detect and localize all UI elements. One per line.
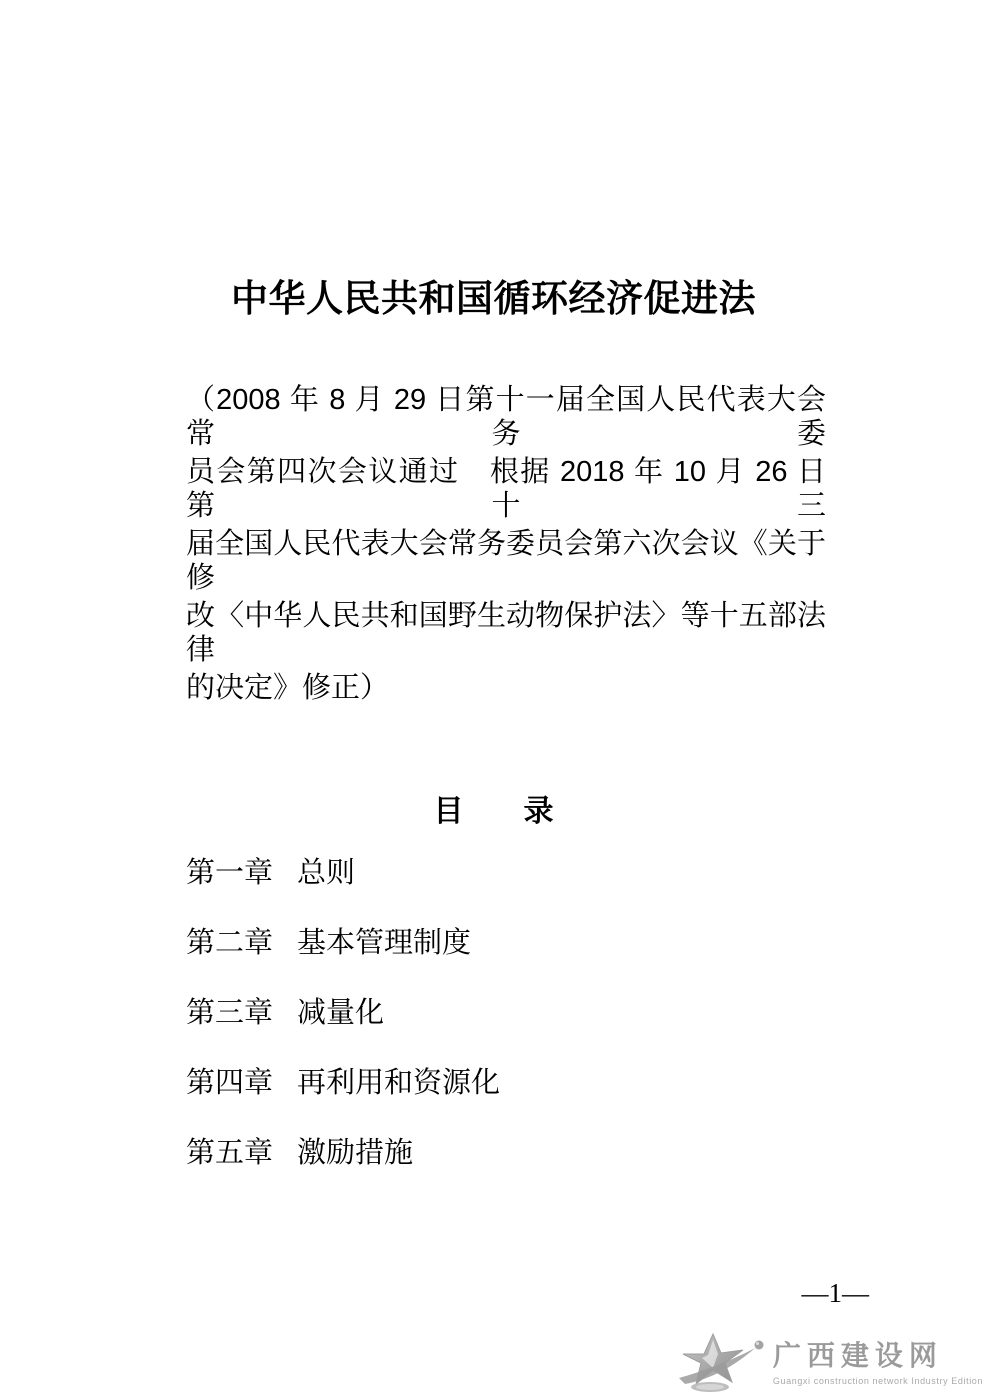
preamble-line: 改〈中华人民共和国野生动物保护法〉等十五部法律 (186, 599, 826, 671)
preamble-line: （2008 年 8 月 29 日第十一届全国人民代表大会常务委 (186, 383, 826, 455)
chapter-title: 基本管理制度 (297, 926, 471, 960)
preamble-line: 的决定》修正） (186, 671, 826, 743)
watermark-site-subtitle: Guangxi construction network Industry Ed… (773, 1376, 983, 1386)
chapter-title: 减量化 (297, 996, 384, 1030)
chapter-title: 总则 (297, 856, 355, 890)
document-page: 中华人民共和国循环经济促进法 （2008 年 8 月 29 日第十一届全国人民代… (0, 0, 987, 1398)
chapter-number: 第四章 (186, 1066, 273, 1100)
chapter-number: 第二章 (186, 926, 273, 960)
chapter-number: 第一章 (186, 856, 273, 890)
toc-item-chapter-1: 第一章 总则 (186, 856, 500, 926)
toc-item-chapter-2: 第二章 基本管理制度 (186, 926, 500, 996)
watermark: 广西建设网 Guangxi construction network Indus… (675, 1332, 983, 1394)
preamble-line: 员会第四次会议通过 根据 2018 年 10 月 26 日第十三 (186, 455, 826, 527)
chapter-title: 再利用和资源化 (297, 1066, 500, 1100)
preamble-paragraph: （2008 年 8 月 29 日第十一届全国人民代表大会常务委 员会第四次会议通… (186, 383, 826, 743)
toc-list: 第一章 总则 第二章 基本管理制度 第三章 减量化 第四章 再利用和资源化 第五… (186, 856, 500, 1206)
watermark-site-name: 广西建设网 (773, 1340, 983, 1374)
toc-item-chapter-5: 第五章 激励措施 (186, 1136, 500, 1206)
star-logo-icon (675, 1332, 771, 1394)
chapter-number: 第五章 (186, 1136, 273, 1170)
document-title: 中华人民共和国循环经济促进法 (0, 268, 987, 322)
chapter-title: 激励措施 (297, 1136, 413, 1170)
chapter-number: 第三章 (186, 996, 273, 1030)
toc-item-chapter-3: 第三章 减量化 (186, 996, 500, 1066)
watermark-text-block: 广西建设网 Guangxi construction network Indus… (773, 1332, 983, 1386)
toc-heading: 目 录 (0, 786, 987, 830)
toc-item-chapter-4: 第四章 再利用和资源化 (186, 1066, 500, 1136)
page-number: —1— (802, 1278, 870, 1309)
preamble-line: 届全国人民代表大会常务委员会第六次会议《关于修 (186, 527, 826, 599)
